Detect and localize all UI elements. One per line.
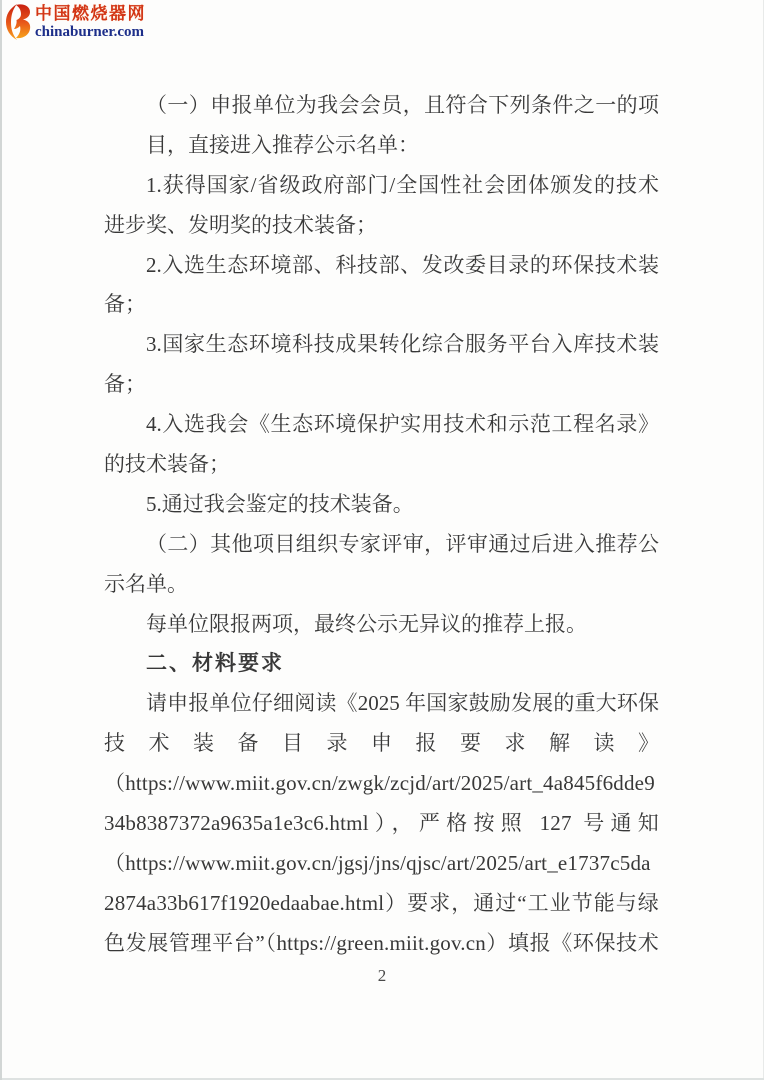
doc-line-url: （https://www.miit.gov.cn/jgsj/jns/qjsc/a…	[104, 844, 659, 884]
doc-line: 备；	[104, 365, 659, 405]
logo-text-block: 中国燃烧器网 chinaburner.com	[35, 2, 146, 41]
doc-line: 的技术装备；	[104, 445, 659, 485]
document-text: （一）申报单位为我会会员，且符合下列条件之一的项 目，直接进入推荐公示名单： 1…	[104, 86, 659, 964]
doc-line: 进步奖、发明奖的技术装备；	[104, 206, 659, 246]
doc-line: 3.国家生态环境科技成果转化综合服务平台入库技术装	[104, 325, 659, 365]
doc-line-url: （https://www.miit.gov.cn/zwgk/zcjd/art/2…	[104, 764, 659, 804]
doc-line: 技术装备目录申报要求解读》	[104, 724, 659, 764]
doc-line: 34b8387372a9635a1e3c6.html），严格按照 127 号通知	[104, 804, 659, 844]
site-domain: chinaburner.com	[35, 24, 146, 41]
site-name: 中国燃烧器网	[35, 4, 146, 24]
doc-line: 4.入选我会《生态环境保护实用技术和示范工程名录》	[104, 405, 659, 445]
page-number: 2	[0, 966, 764, 986]
doc-line: 1.获得国家/省级政府部门/全国性社会团体颁发的技术	[104, 166, 659, 206]
doc-line: 请申报单位仔细阅读《2025 年国家鼓励发展的重大环保	[104, 684, 659, 724]
doc-line: 2874a33b617f1920edaabae.html）要求，通过“工业节能与…	[104, 884, 659, 924]
section-heading-materials: 二、材料要求	[104, 644, 659, 684]
doc-line: （二）其他项目组织专家评审，评审通过后进入推荐公	[104, 525, 659, 565]
doc-line: 目，直接进入推荐公示名单：	[104, 126, 659, 166]
doc-line: 2.入选生态环境部、科技部、发改委目录的环保技术装	[104, 246, 659, 286]
doc-line: 示名单。	[104, 565, 659, 605]
doc-line: 5.通过我会鉴定的技术装备。	[104, 485, 659, 525]
document-page: 中国燃烧器网 chinaburner.com （一）申报单位为我会会员，且符合下…	[0, 0, 764, 1080]
doc-line: 色发展管理平台”（https://green.miit.gov.cn）填报《环保…	[104, 924, 659, 964]
doc-line: 每单位限报两项，最终公示无异议的推荐上报。	[104, 605, 659, 645]
site-watermark-logo: 中国燃烧器网 chinaburner.com	[3, 2, 146, 42]
flame-icon	[3, 2, 33, 42]
doc-line: 备；	[104, 285, 659, 325]
doc-line: （一）申报单位为我会会员，且符合下列条件之一的项	[104, 86, 659, 126]
